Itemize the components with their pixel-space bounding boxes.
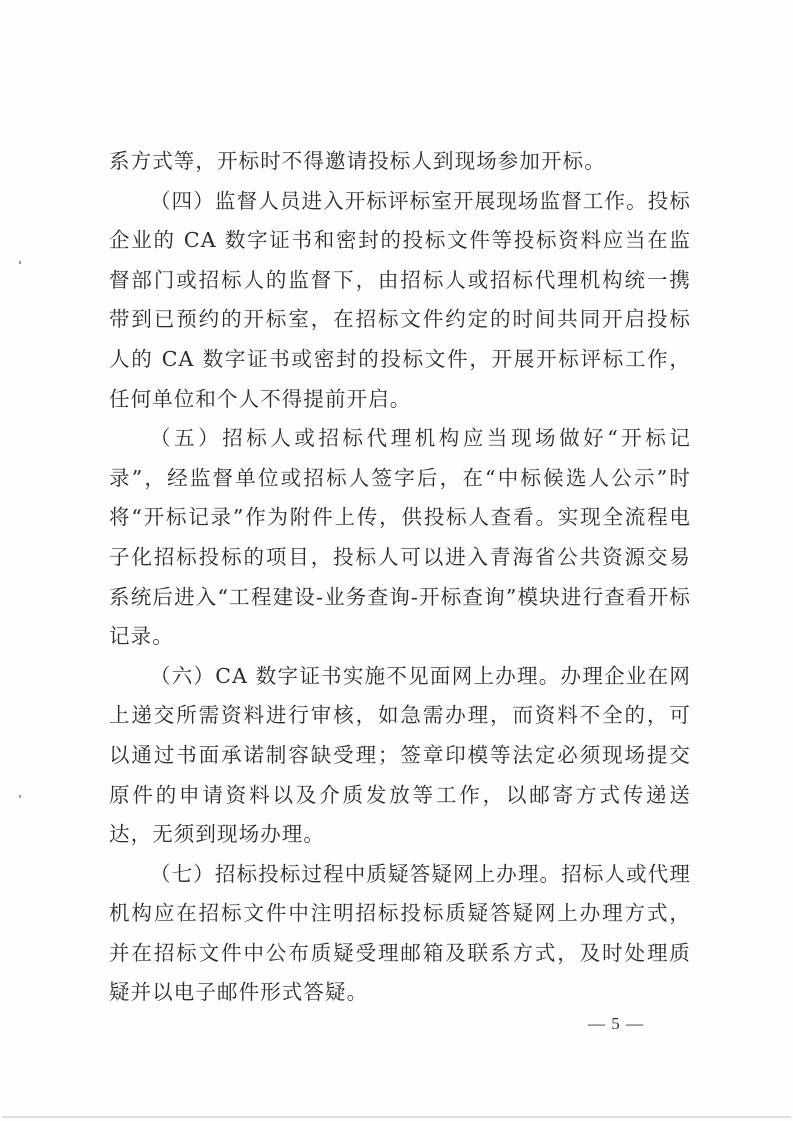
page-bottom-edge <box>2 1116 791 1118</box>
paragraph-item-4: （四）监督人员进入开标评标室开展现场监督工作。投标企业的 CA 数字证书和密封的… <box>109 182 691 420</box>
paragraph-item-6: （六）CA 数字证书实施不见面网上办理。办理企业在网上递交所需资料进行审核，如急… <box>109 657 691 855</box>
page-number: — 5 — <box>588 1014 644 1034</box>
scan-margin-mark <box>19 795 21 798</box>
document-page: 系方式等，开标时不得邀请投标人到现场参加开标。 （四）监督人员进入开标评标室开展… <box>0 0 793 1121</box>
paragraph-continuation: 系方式等，开标时不得邀请投标人到现场参加开标。 <box>109 142 691 182</box>
paragraph-item-7: （七）招标投标过程中质疑答疑网上办理。招标人或代理机构应在招标文件中注明招标投标… <box>109 855 691 1013</box>
document-body: 系方式等，开标时不得邀请投标人到现场参加开标。 （四）监督人员进入开标评标室开展… <box>109 142 691 1013</box>
paragraph-item-5: （五）招标人或招标代理机构应当现场做好“开标记录”，经监督单位或招标人签字后，在… <box>109 419 691 657</box>
scan-margin-mark <box>19 261 21 264</box>
